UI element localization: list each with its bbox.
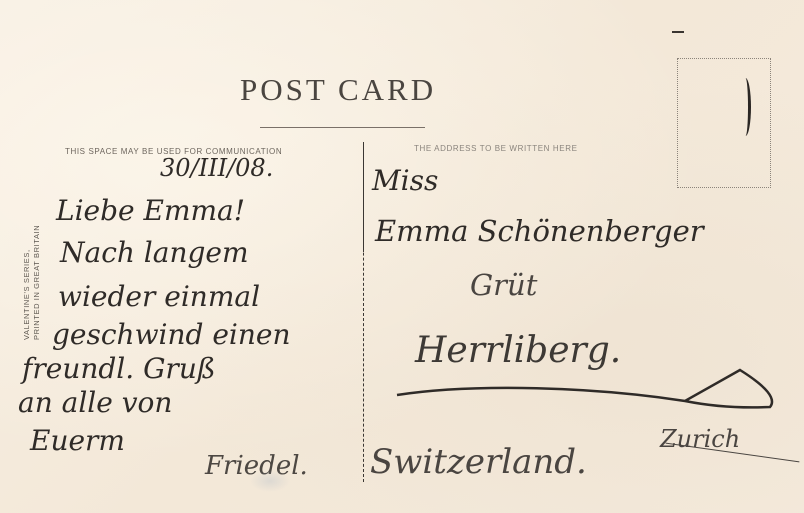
postcard-title: POST CARD xyxy=(240,72,436,108)
address-line: Emma Schönenberger xyxy=(375,214,704,248)
message-line: Liebe Emma! xyxy=(56,194,245,227)
publisher-imprint: Valentine's Series, Printed in Great Bri… xyxy=(22,225,42,340)
title-rule xyxy=(260,127,425,128)
stamp-box xyxy=(677,58,771,188)
message-line: freundl. Gruß xyxy=(22,352,216,385)
message-date: 30/III/08. xyxy=(160,154,273,182)
flourish-underline xyxy=(395,365,775,415)
address-line: Switzerland. xyxy=(370,442,587,482)
publisher-line-1: Valentine's Series, xyxy=(22,225,32,340)
stamp-mark-icon xyxy=(740,78,751,136)
message-line: an alle von xyxy=(18,386,172,419)
address-line: Zurich xyxy=(660,425,740,453)
postcard-back: POST CARD This space may be used for Com… xyxy=(0,0,804,513)
message-line: Euerm xyxy=(30,424,125,457)
address-caption: The address to be written here xyxy=(414,144,578,153)
message-line: wieder einmal xyxy=(58,280,260,313)
publisher-line-2: Printed in Great Britain xyxy=(32,225,42,340)
corner-mark xyxy=(672,31,684,33)
message-line: Nach langem xyxy=(60,236,249,269)
center-divider-top xyxy=(363,142,364,252)
message-line: geschwind einen xyxy=(52,318,291,351)
paper-stain xyxy=(250,470,290,492)
address-line: Grüt xyxy=(470,268,537,302)
address-line: Miss xyxy=(372,164,438,197)
